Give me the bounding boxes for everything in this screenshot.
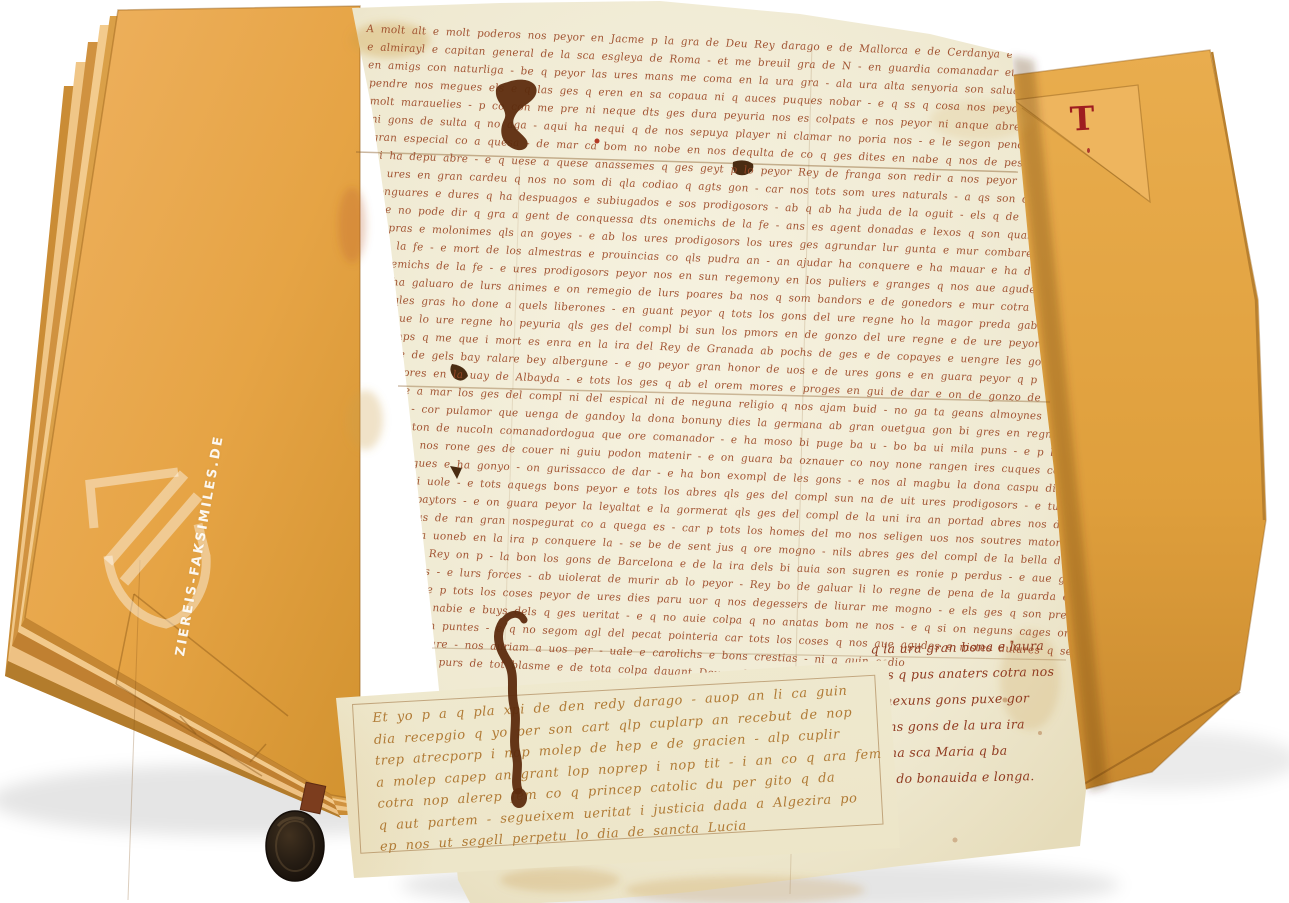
initial-dot — [1087, 148, 1090, 153]
initial-letter-T: T — [1069, 101, 1095, 135]
text-line: uosdo bonauida e longa. — [873, 761, 1113, 792]
photo-of-charter-in-folder: ZIEREIS-FAKSIMILES.DE T A molt alt e mol… — [0, 0, 1289, 903]
slip-text: Et yo p a q pla xpi de den redy darago -… — [372, 678, 900, 858]
charter-text: A molt alt e molt poderos nos peyor en J… — [366, 20, 1044, 696]
